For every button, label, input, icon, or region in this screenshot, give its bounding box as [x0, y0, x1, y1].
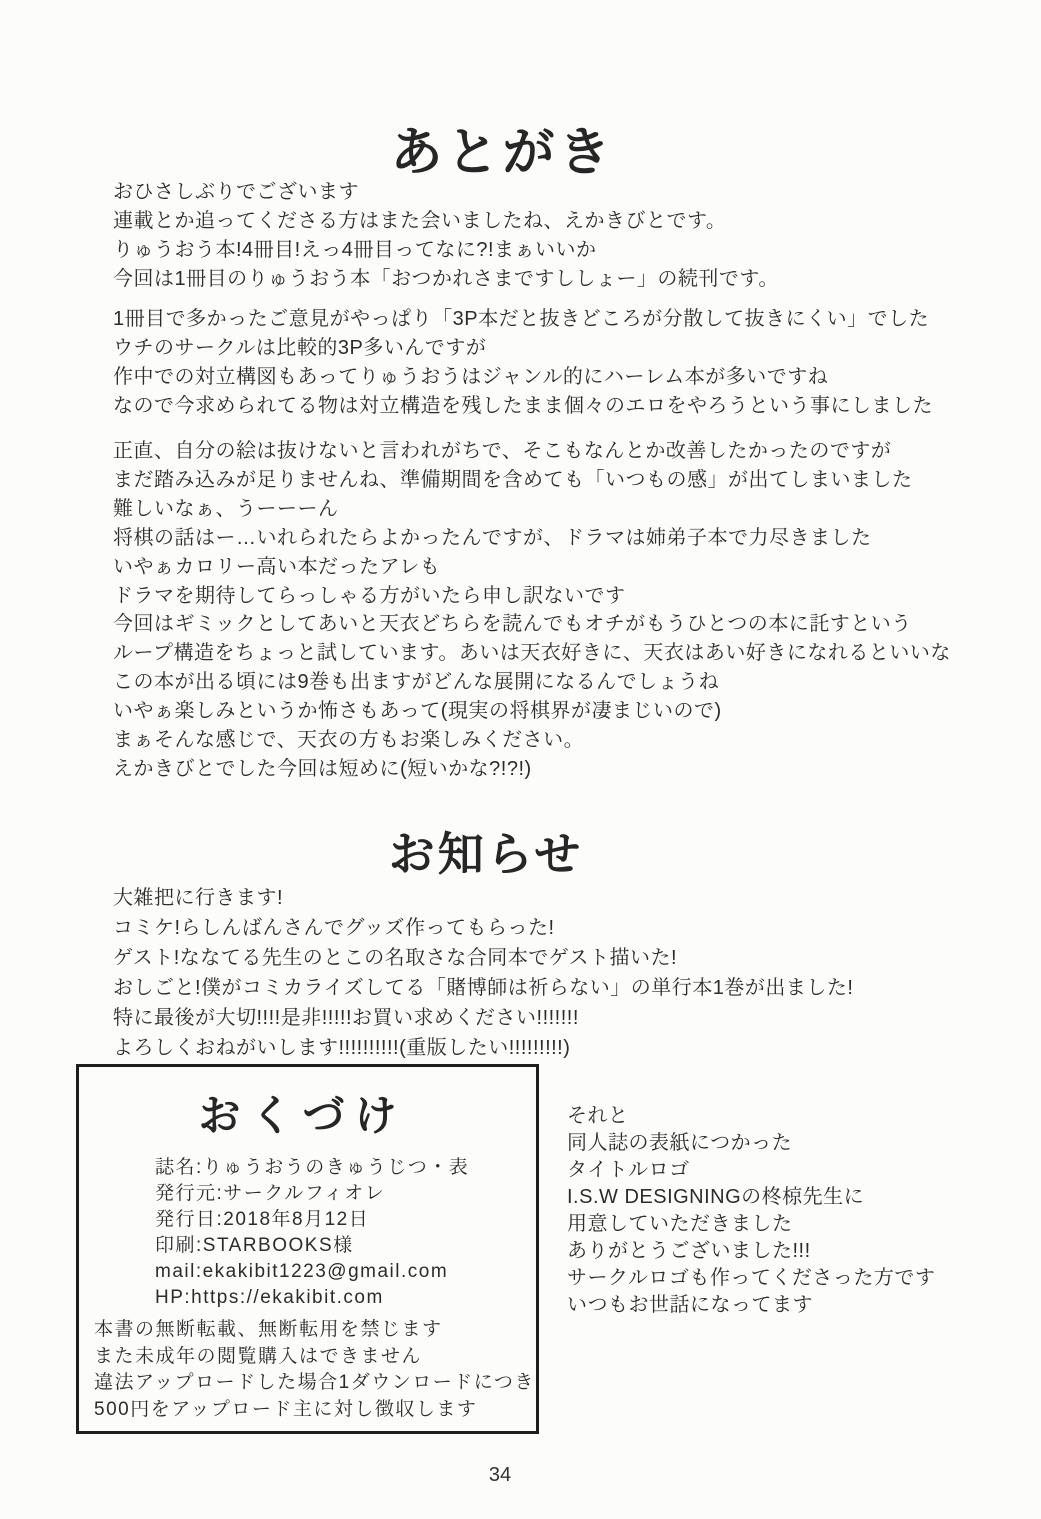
- text-line: えかきびとでした今回は短めに(短いかな?!?!): [113, 755, 951, 784]
- text-line: いつもお世話になってます: [567, 1292, 935, 1319]
- text-line: 今回はギミックとしてあいと天衣どちらを読んでもオチがもうひとつの本に託すという: [113, 610, 951, 639]
- text-line: 難しいなぁ、うーーーん: [113, 495, 913, 524]
- text-line: ありがとうございました!!!: [567, 1238, 935, 1265]
- text-line: いやぁカロリー高い本だったアレも: [113, 553, 913, 582]
- doujinshi-afterword-page: あとがき おひさしぶりでございます 連載とか追ってくださる方はまた会いましたね、…: [0, 0, 1041, 1519]
- colophon-publish-date: 発行日:2018年8月12日: [155, 1207, 469, 1233]
- text-line: ウチのサークルは比較的3P多いんですが: [113, 334, 933, 363]
- text-line: りゅうおう本!4冊目!えっ4冊目ってなに?!まぁいいか: [113, 236, 779, 265]
- logo-credits-paragraph: それと 同人誌の表紙につかった タイトルロゴ I.S.W DESIGNINGの柊…: [567, 1103, 935, 1319]
- afterword-paragraph-3: 正直、自分の絵は抜けないと言われがちで、そこもなんとか改善したかったのですが ま…: [113, 437, 913, 611]
- colophon-publisher: 発行元:サークルフィオレ: [155, 1181, 469, 1207]
- text-line: この本が出る頃には9巻も出ますがどんな展開になるんでしょうね: [113, 668, 951, 697]
- text-line: また未成年の閲覧購入はできません: [94, 1344, 535, 1371]
- text-line: 本書の無断転載、無断転用を禁じます: [94, 1317, 535, 1344]
- colophon-mail: mail:ekakibit1223@gmail.com: [155, 1259, 469, 1285]
- colophon-box: おくづけ 誌名:りゅうおうのきゅうじつ・表 発行元:サークルフィオレ 発行日:2…: [76, 1064, 539, 1434]
- text-line: なので今求められてる物は対立構造を残したまま個々のエロをやろうという事にしました: [113, 392, 933, 421]
- text-line: コミケ!らしんばんさんでグッズ作ってもらった!: [113, 913, 853, 943]
- text-line: まぁそんな感じで、天衣の方もお楽しみください。: [113, 726, 951, 755]
- text-line: 大雑把に行きます!: [113, 883, 853, 913]
- text-line: サークルロゴも作ってくださった方です: [567, 1265, 935, 1292]
- text-line: それと: [567, 1103, 935, 1130]
- text-line: 連載とか追ってくださる方はまた会いましたね、えかきびとです。: [113, 207, 779, 236]
- afterword-paragraph-2: 1冊目で多かったご意見がやっぱり「3P本だと抜きどころが分散して抜きにくい」でし…: [113, 305, 933, 421]
- text-line: 作中での対立構図もあってりゅうおうはジャンル的にハーレム本が多いですね: [113, 363, 933, 392]
- colophon-book-title: 誌名:りゅうおうのきゅうじつ・表: [155, 1155, 469, 1181]
- text-line: タイトルロゴ: [567, 1157, 935, 1184]
- text-line: ループ構造をちょっと試しています。あいは天衣好きに、天衣はあい好きになれるといい…: [113, 639, 951, 668]
- text-line: 特に最後が大切!!!!是非!!!!!お買い求めください!!!!!!!: [113, 1003, 853, 1033]
- text-line: 今回は1冊目のりゅうおう本「おつかれさまですししょー」の続刊です。: [113, 265, 779, 294]
- text-line: I.S.W DESIGNINGの柊椋先生に: [567, 1184, 935, 1211]
- text-line: おしごと!僕がコミカライズしてる「賭博師は祈らない」の単行本1巻が出ました!: [113, 973, 853, 1003]
- text-line: いやぁ楽しみというか怖さもあって(現実の将棋界が凄まじいので): [113, 697, 951, 726]
- text-line: 500円をアップロード主に対し徴収します: [94, 1397, 535, 1424]
- announcement-title: お知らせ: [0, 818, 972, 884]
- text-line: 違法アップロードした場合1ダウンロードにつき: [94, 1370, 535, 1397]
- text-line: 将棋の話はー…いれられたらよかったんですが、ドラマは姉弟子本で力尽きました: [113, 524, 913, 553]
- text-line: ドラマを期待してらっしゃる方がいたら申し訳ないです: [113, 582, 913, 611]
- text-line: おひさしぶりでございます: [113, 178, 779, 207]
- announcement-paragraph: 大雑把に行きます! コミケ!らしんばんさんでグッズ作ってもらった! ゲスト!なな…: [113, 883, 853, 1063]
- colophon-printer: 印刷:STARBOOKS様: [155, 1233, 469, 1259]
- text-line: 正直、自分の絵は抜けないと言われがちで、そこもなんとか改善したかったのですが: [113, 437, 913, 466]
- text-line: 同人誌の表紙につかった: [567, 1130, 935, 1157]
- afterword-title: あとがき: [0, 110, 1005, 185]
- colophon-homepage: HP:https://ekakibit.com: [155, 1285, 469, 1311]
- colophon-info: 誌名:りゅうおうのきゅうじつ・表 発行元:サークルフィオレ 発行日:2018年8…: [155, 1155, 469, 1311]
- text-line: 1冊目で多かったご意見がやっぱり「3P本だと抜きどころが分散して抜きにくい」でし…: [113, 305, 933, 334]
- text-line: ゲスト!ななてる先生のとこの名取さな合同本でゲスト描いた!: [113, 943, 853, 973]
- text-line: まだ踏み込みが足りませんね、準備期間を含めても「いつもの感」が出てしまいました: [113, 466, 913, 495]
- afterword-paragraph-1: おひさしぶりでございます 連載とか追ってくださる方はまた会いましたね、えかきびと…: [113, 178, 779, 294]
- colophon-legal-notice: 本書の無断転載、無断転用を禁じます また未成年の閲覧購入はできません 違法アップ…: [94, 1317, 535, 1423]
- afterword-paragraph-4: 今回はギミックとしてあいと天衣どちらを読んでもオチがもうひとつの本に託すという …: [113, 610, 951, 784]
- page-number: 34: [0, 1464, 1000, 1487]
- text-line: 用意していただきました: [567, 1211, 935, 1238]
- text-line: よろしくおねがいします!!!!!!!!!!(重版したい!!!!!!!!!): [113, 1033, 853, 1063]
- colophon-title: おくづけ: [79, 1083, 536, 1143]
